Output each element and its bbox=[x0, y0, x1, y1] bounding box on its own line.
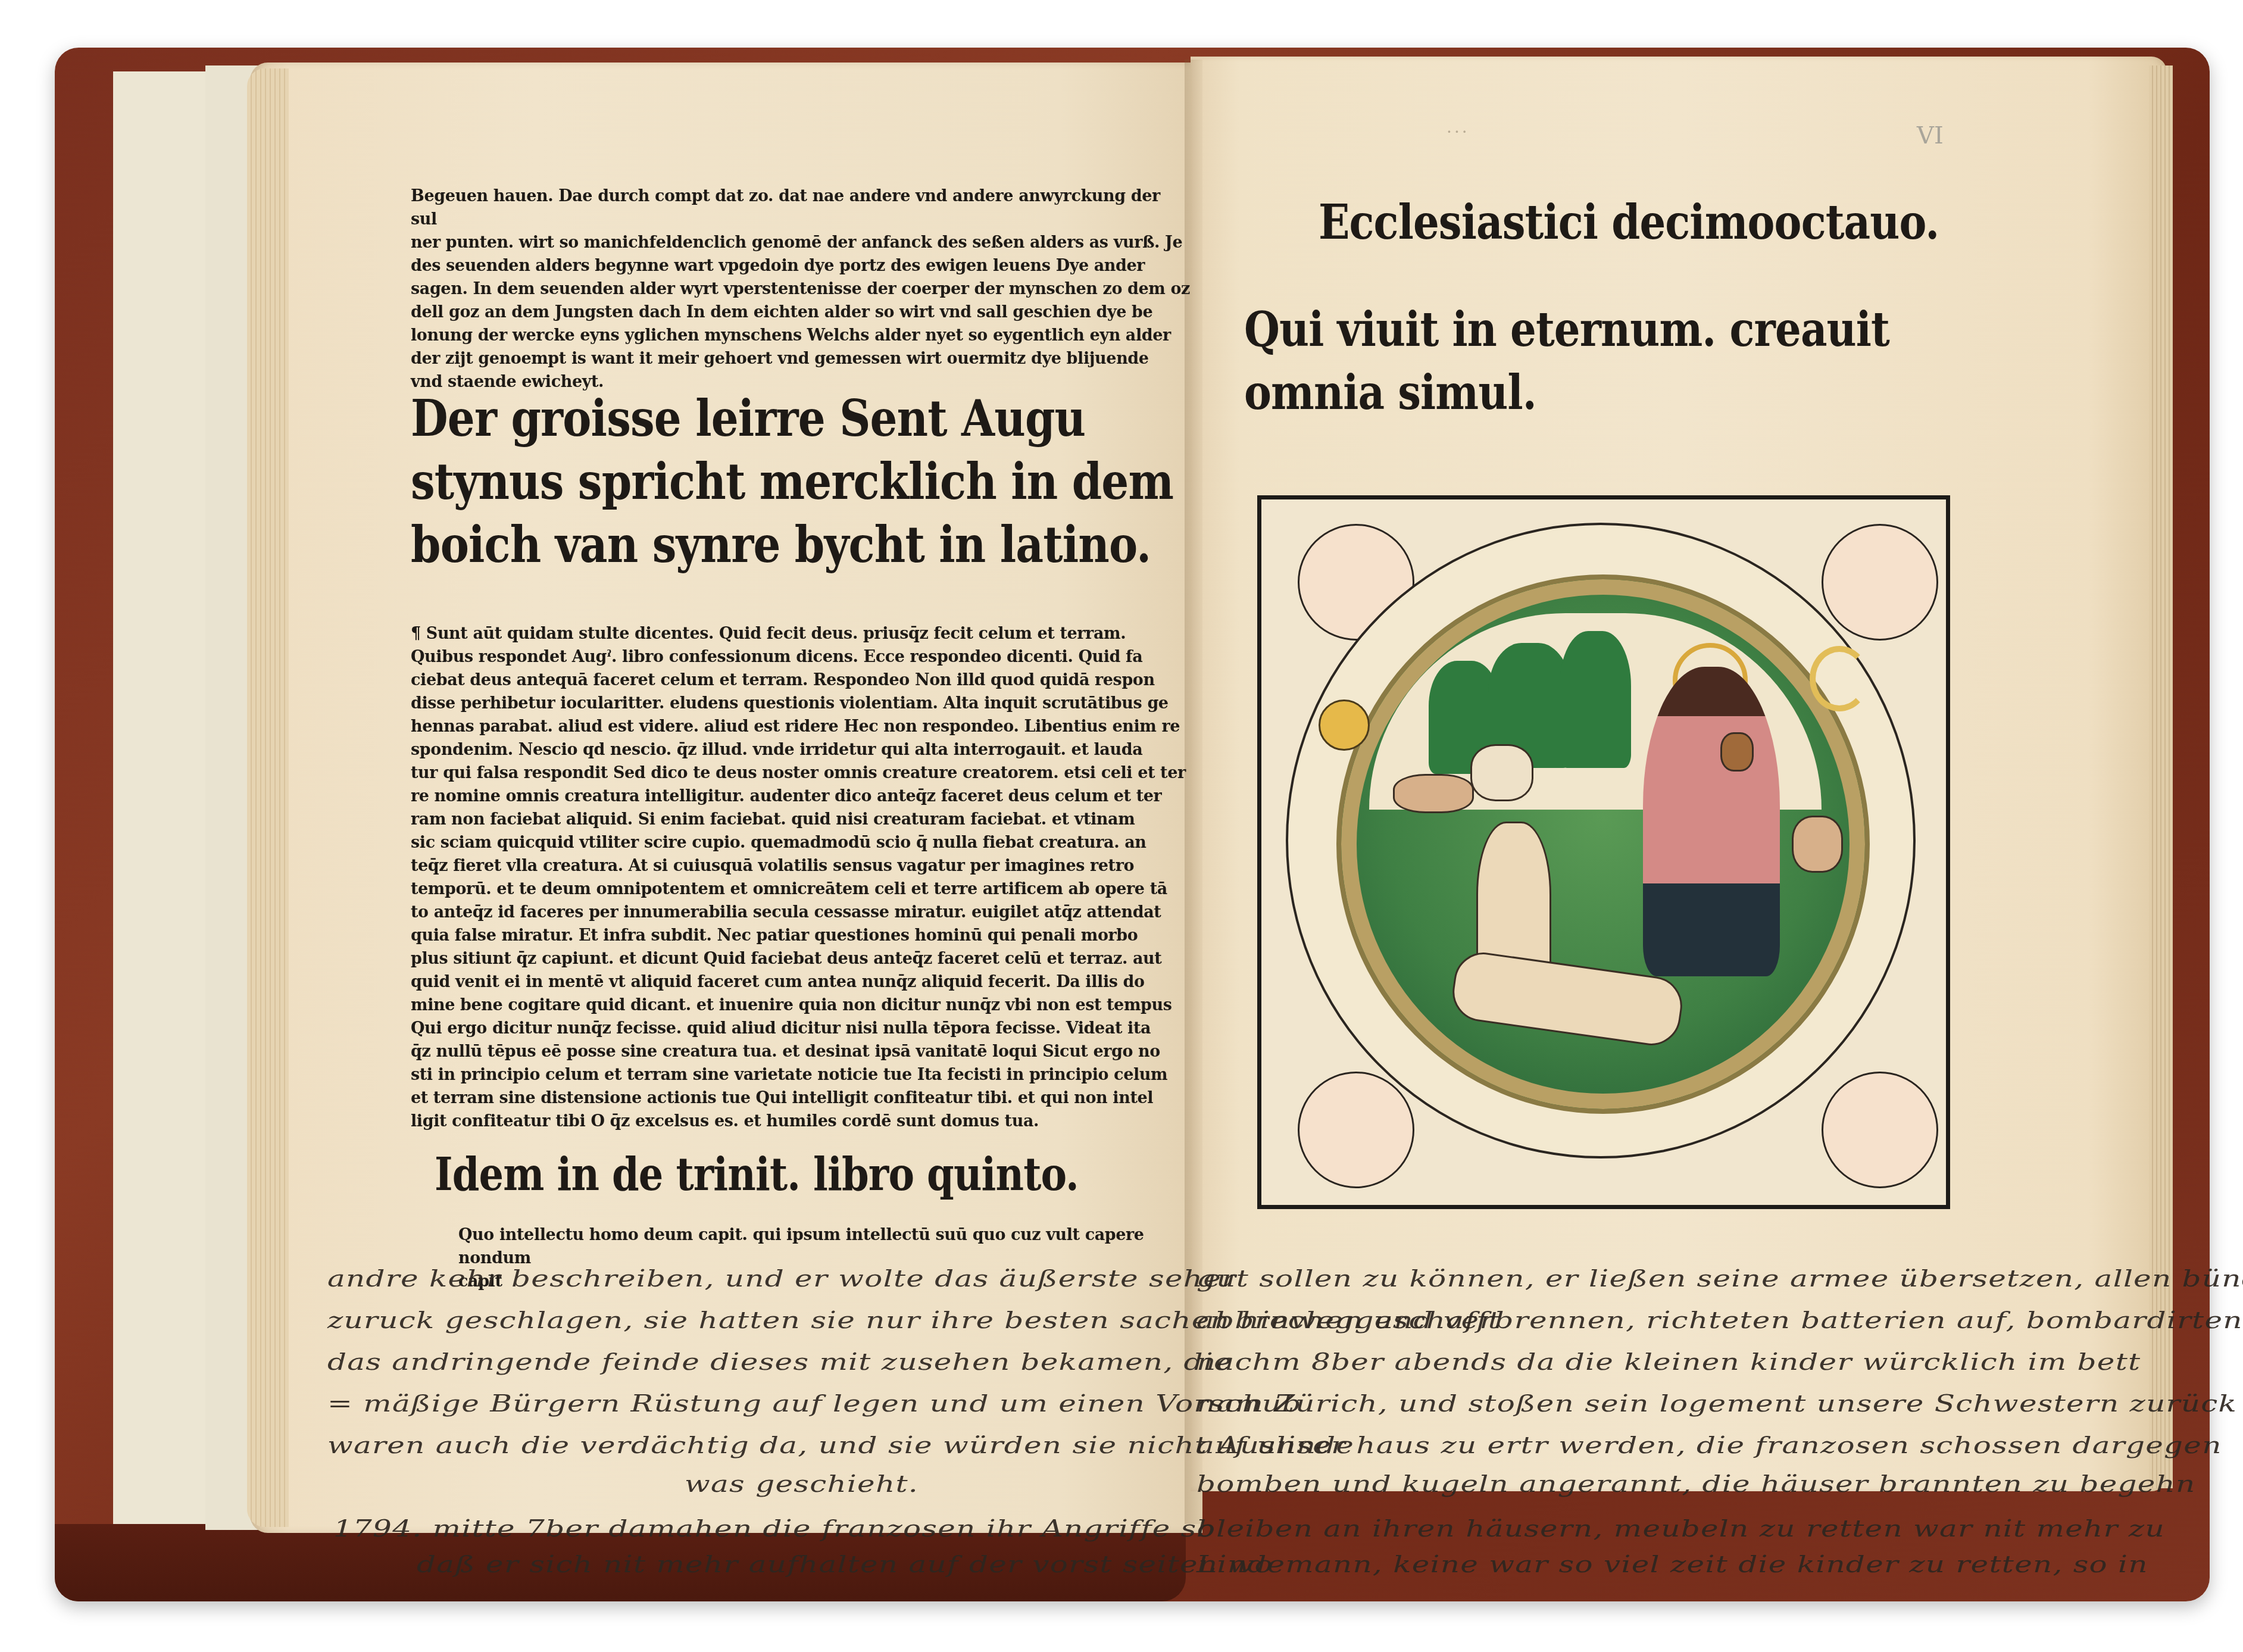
text-line: ner punten. wirt so manichfeldenclich ge… bbox=[411, 231, 1191, 254]
god-figure bbox=[1643, 667, 1780, 976]
handwritten-line: daß er sich nit mehr aufhalten auf der v… bbox=[417, 1551, 1273, 1578]
text-line: q̄z nullū tēpus eē posse sine creatura t… bbox=[411, 1040, 1191, 1063]
text-line: dell goz an dem Jungsten dach In dem eic… bbox=[411, 301, 1191, 324]
running-head: ··· bbox=[1447, 122, 1470, 142]
text-line: sagen. In dem seuenden alder wyrt vperst… bbox=[411, 277, 1191, 301]
text-line: re nomine omnis creatura intelligitur. a… bbox=[411, 785, 1191, 808]
text-line: ¶ Sunt aūt quidam stulte dicentes. Quid … bbox=[411, 622, 1191, 645]
text-line: et terram sine distensione actionis tue … bbox=[411, 1086, 1191, 1110]
handwritten-line: andre kehr beschreiben, und er wolte das… bbox=[327, 1265, 1236, 1292]
handwritten-line: bomben und kugeln angerannt, die häuser … bbox=[1197, 1470, 2195, 1498]
moon-icon bbox=[1810, 646, 1869, 711]
text-line: to anteq̄z id faceres per innumerabilia … bbox=[411, 901, 1191, 924]
left-heading-2: Idem in de trinit. libro quinto. bbox=[435, 1143, 1202, 1206]
handwritten-line: 1794. mitte 7ber damahen die franzosen i… bbox=[333, 1515, 1216, 1542]
sun-icon bbox=[1319, 699, 1370, 751]
text-line: Begeuen hauen. Dae durch compt dat zo. d… bbox=[411, 185, 1191, 231]
left-paragraph-1: Begeuen hauen. Dae durch compt dat zo. d… bbox=[411, 185, 1191, 394]
text-line: der zijt genoempt is want it meir gehoer… bbox=[411, 347, 1191, 370]
text-line: ciebat deus antequā faceret celum et ter… bbox=[411, 669, 1191, 692]
wind-head-icon bbox=[1298, 1072, 1414, 1188]
text-line: hennas parabat. aliud est videre. aliud … bbox=[411, 715, 1191, 738]
heading-line: stynus spricht mercklich in dem bbox=[411, 450, 1179, 513]
text-line: tur qui falsa respondit Sed dico te deus… bbox=[411, 761, 1191, 785]
handwritten-line: = mäßige Bürgern Rüstung auf legen und u… bbox=[327, 1390, 1302, 1417]
left-heading: Der groisse leirre Sent Augu stynus spri… bbox=[411, 387, 1179, 576]
handwritten-line: das andringende feinde dieses mit zusehe… bbox=[327, 1348, 1232, 1376]
handwritten-line: nam Zürich, und stoßen sein logement uns… bbox=[1197, 1390, 2237, 1417]
text-line: ram non faciebat aliquid. Si enim facieb… bbox=[411, 808, 1191, 831]
flyleaf bbox=[113, 71, 221, 1524]
text-line: ligit confiteatur tibi O q̄z excelsus es… bbox=[411, 1110, 1191, 1133]
tree-icon bbox=[1560, 631, 1631, 768]
text-line: teq̄z fieret vlla creatura. At si cuiusq… bbox=[411, 854, 1191, 877]
handwritten-line: abbrechen und verbrennen, richteten batt… bbox=[1197, 1307, 2243, 1334]
left-page-fore-edge bbox=[247, 68, 289, 1527]
wind-head-icon bbox=[1822, 524, 1938, 641]
text-line: Quo intellectu homo deum capit. qui ipsu… bbox=[458, 1223, 1197, 1270]
handwritten-line: was geschieht. bbox=[685, 1470, 919, 1498]
text-line: mine bene cogitare quid dicant. et inuen… bbox=[411, 994, 1191, 1017]
text-line: spondenim. Nescio qd nescio. q̄z illud. … bbox=[411, 738, 1191, 761]
text-line: quia false miratur. Et infra subdit. Nec… bbox=[411, 924, 1191, 947]
wind-head-icon bbox=[1822, 1072, 1938, 1188]
left-paragraph-2: ¶ Sunt aūt quidam stulte dicentes. Quid … bbox=[411, 622, 1191, 1133]
owl-icon bbox=[1720, 732, 1754, 772]
text-line: des seuenden alders begynne wart vpgedoi… bbox=[411, 254, 1191, 277]
animal-icon bbox=[1792, 816, 1843, 873]
text-line: sic sciam quicquid vtiliter scire cupio.… bbox=[411, 831, 1191, 854]
text-line: Qui ergo dicitur nunq̄z fecisse. quid al… bbox=[411, 1017, 1191, 1040]
handwritten-line: Lindemann, keine war so viel zeit die ki… bbox=[1197, 1551, 2148, 1578]
verse-line: omnia simul. bbox=[1244, 361, 2063, 424]
text-line: lonung der wercke eyns yglichen mynschen… bbox=[411, 324, 1191, 347]
verse-line: Qui viuit in eternum. creauit bbox=[1244, 298, 2063, 361]
text-line: sti in principio celum et terram sine va… bbox=[411, 1063, 1191, 1086]
right-verse: Qui viuit in eternum. creauit omnia simu… bbox=[1244, 298, 2063, 424]
text-line: disse perhibetur iocularitter. eludens q… bbox=[411, 692, 1191, 715]
handwritten-line: nachm 8ber abends da die kleinen kinder … bbox=[1197, 1348, 2141, 1376]
folio-number: VI bbox=[1917, 122, 1944, 149]
text-line: temporū. et te deum omnipotentem et omni… bbox=[411, 877, 1191, 901]
text-line: quid venit ei in mentē vt aliquid facere… bbox=[411, 970, 1191, 994]
text-line: plus sitiunt q̄z capiunt. et dicunt Quid… bbox=[411, 947, 1191, 970]
heading-line: boich van synre bycht in latino. bbox=[411, 513, 1179, 576]
animal-icon bbox=[1393, 774, 1474, 813]
handwritten-line: gut sollen zu können, er ließen seine ar… bbox=[1197, 1265, 2243, 1292]
right-title: Ecclesiastici decimooctauo. bbox=[1319, 191, 2086, 254]
animal-icon bbox=[1470, 744, 1533, 801]
text-line: Quibus respondet Augˀ. libro confessionu… bbox=[411, 645, 1191, 669]
heading-line: Der groisse leirre Sent Augu bbox=[411, 387, 1179, 450]
handwritten-line: bleiben an ihren häusern, meubeln zu ret… bbox=[1197, 1515, 2165, 1542]
handwritten-line: auf unser haus zu ertr werden, die franz… bbox=[1197, 1432, 2222, 1459]
